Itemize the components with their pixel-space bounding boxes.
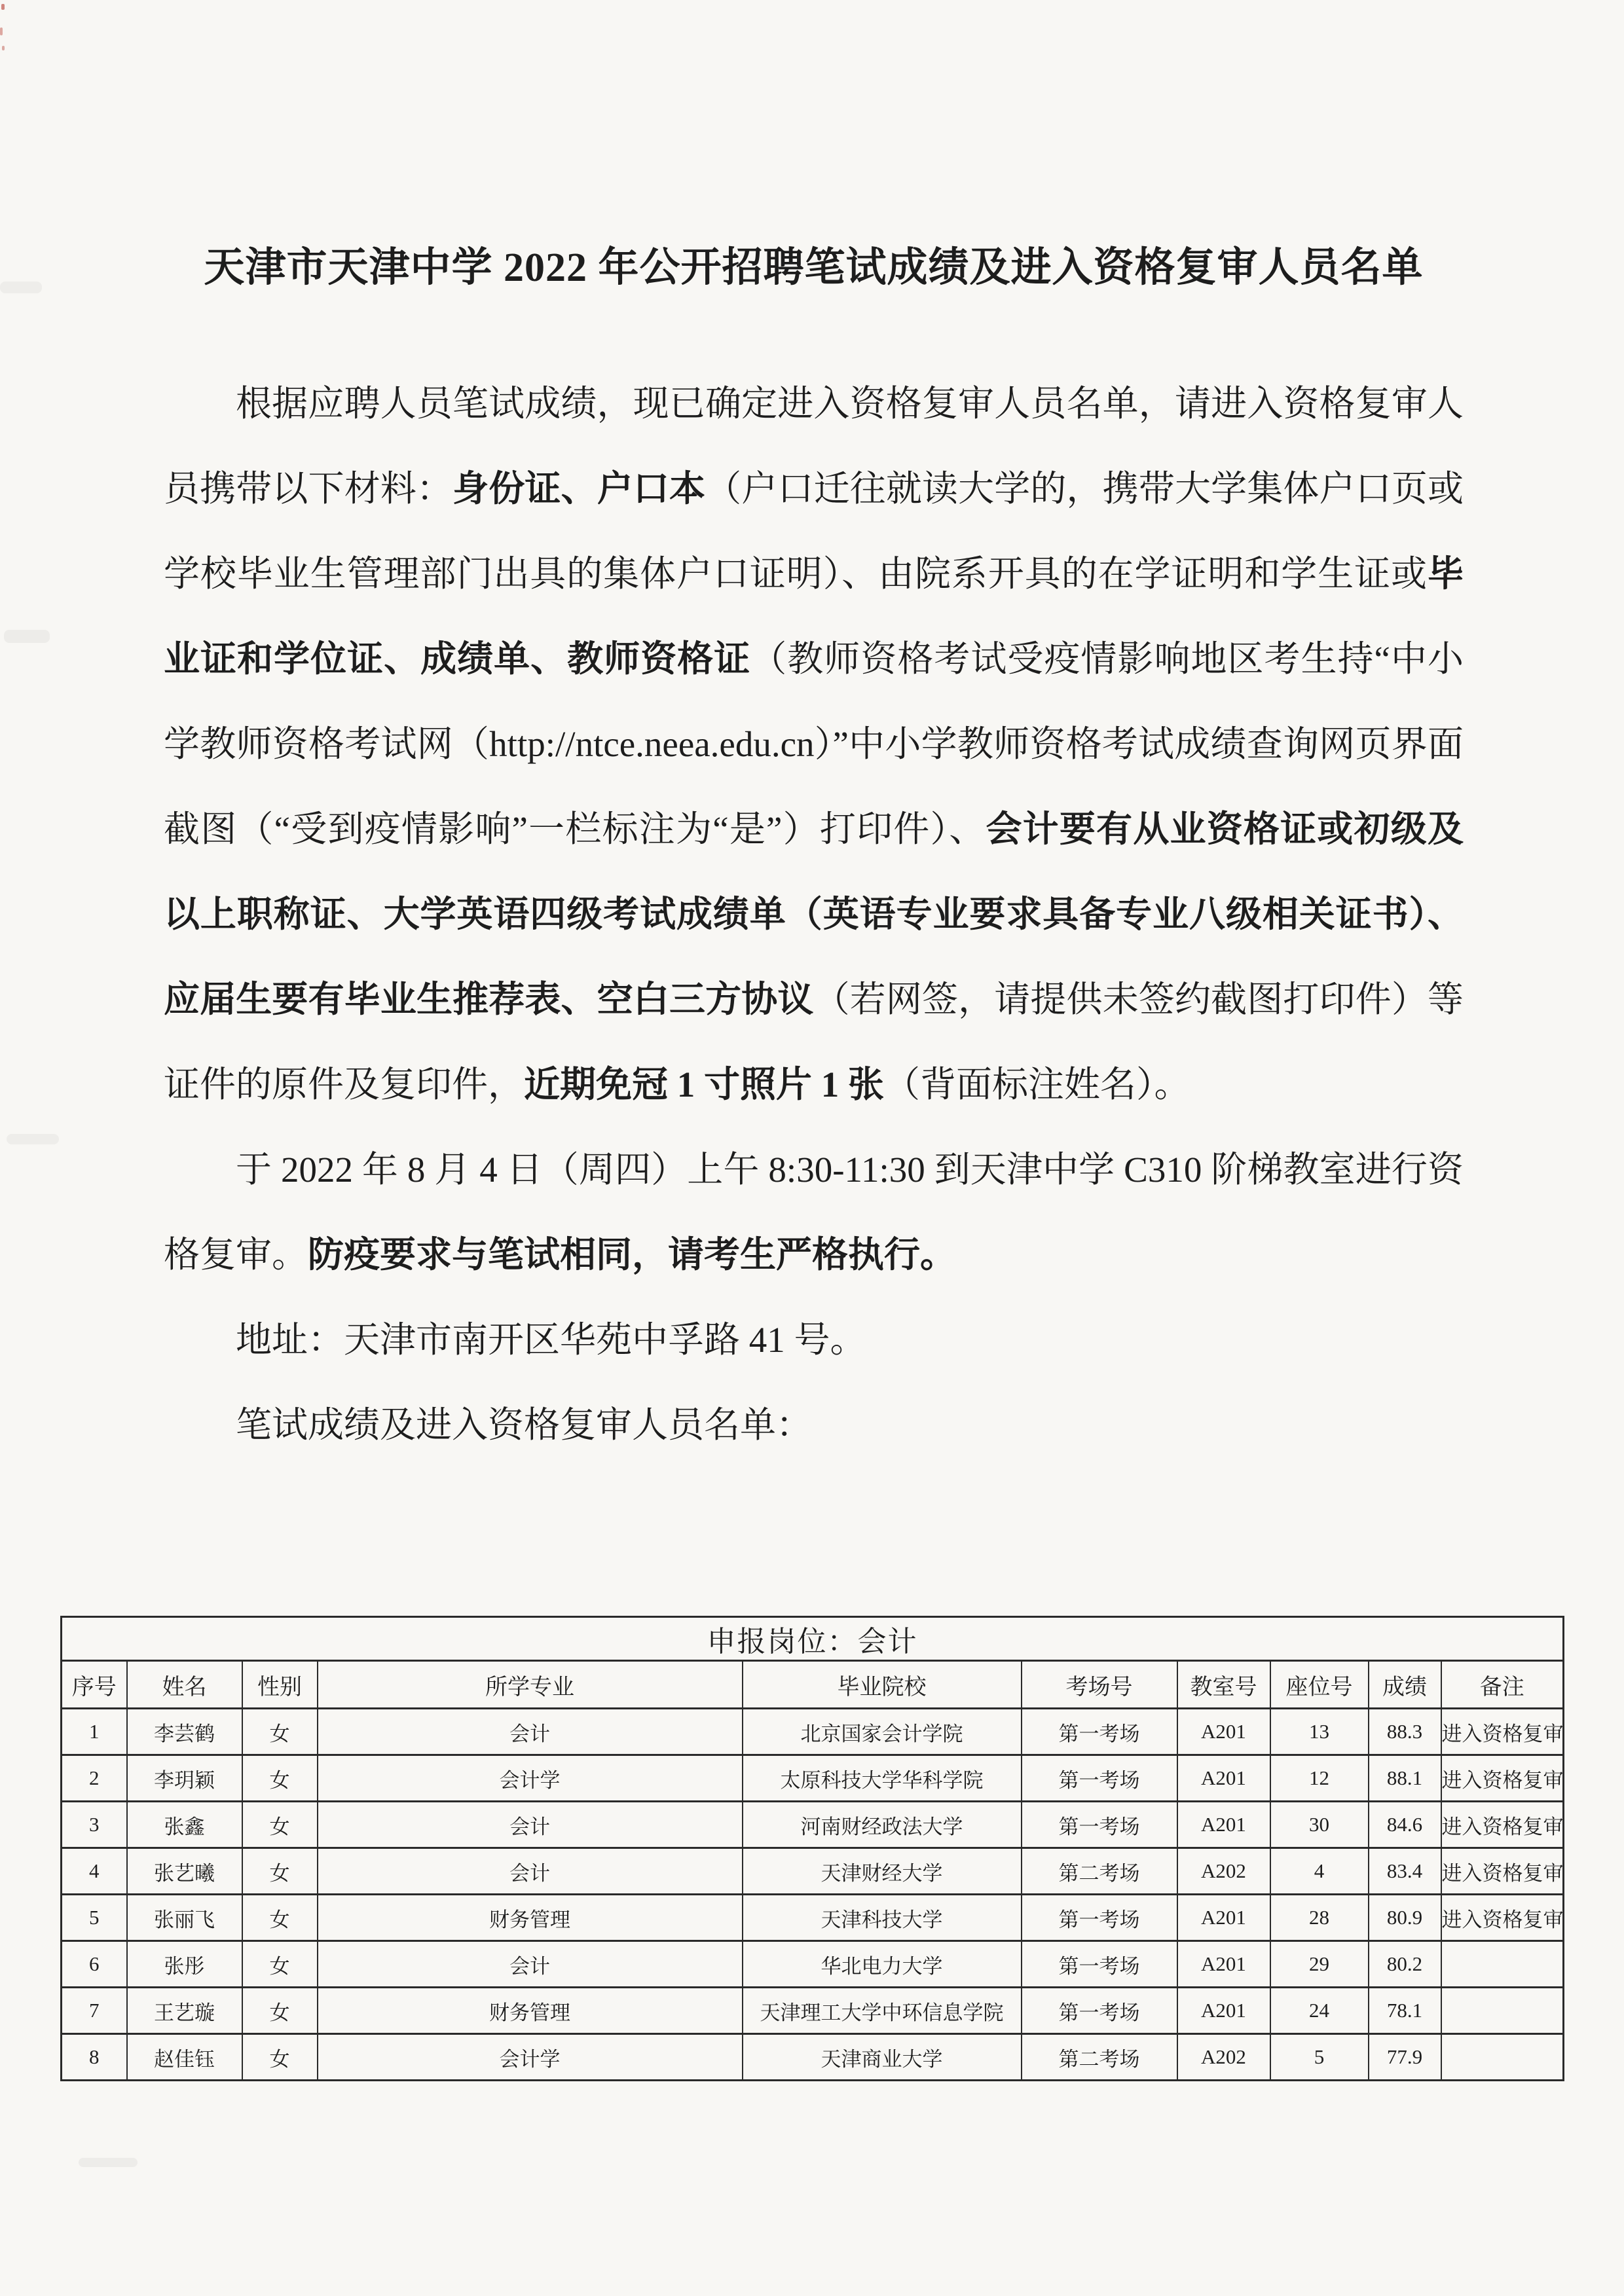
score-table: 申报岗位：会计 序号姓名性别所学专业毕业院校考场号教室号座位号成绩备注 1李芸鹤… — [60, 1616, 1564, 2081]
cell-exam-room: 第一考场 — [1022, 1941, 1177, 1988]
cell-gender: 女 — [242, 1988, 318, 2034]
cell-major: 财务管理 — [318, 1988, 743, 2034]
column-header-classroom: 教室号 — [1177, 1661, 1270, 1709]
paragraph-address: 地址：天津市南开区华苑中孚路 41 号。 — [164, 1298, 1464, 1383]
cell-seat: 30 — [1270, 1802, 1369, 1848]
paragraph-materials-required: 根据应聘人员笔试成绩，现已确定进入资格复审人员名单，请进入资格复审人员携带以下材… — [164, 361, 1464, 1127]
cell-major: 财务管理 — [318, 1895, 743, 1941]
cell-score: 78.1 — [1369, 1988, 1441, 2034]
cell-seat: 12 — [1270, 1755, 1369, 1802]
cell-gender: 女 — [242, 1802, 318, 1848]
cell-score: 83.4 — [1369, 1848, 1441, 1895]
table-row: 6张彤女会计华北电力大学第一考场A2012980.2 — [62, 1941, 1564, 1988]
cell-name: 王艺璇 — [127, 1988, 242, 2034]
cell-seat: 4 — [1270, 1848, 1369, 1895]
cell-score: 88.3 — [1369, 1709, 1441, 1755]
cell-classroom: A201 — [1177, 1802, 1270, 1848]
scan-artifact — [1, 4, 5, 10]
cell-major: 会计学 — [318, 1755, 743, 1802]
column-header-remark: 备注 — [1441, 1661, 1564, 1709]
cell-seat: 24 — [1270, 1988, 1369, 2034]
cell-remark — [1441, 2034, 1564, 2081]
cell-index: 4 — [62, 1848, 127, 1895]
cell-major: 会计 — [318, 1848, 743, 1895]
cell-gender: 女 — [242, 1941, 318, 1988]
cell-exam-room: 第一考场 — [1022, 1988, 1177, 2034]
cell-gender: 女 — [242, 2034, 318, 2081]
cell-classroom: A201 — [1177, 1755, 1270, 1802]
cell-remark: 进入资格复审 — [1441, 1895, 1564, 1941]
emphasis-text: 身份证、户口本 — [452, 469, 705, 509]
cell-school: 天津理工大学中环信息学院 — [743, 1988, 1022, 2034]
cell-exam-room: 第一考场 — [1022, 1802, 1177, 1848]
cell-remark — [1441, 1988, 1564, 2034]
cell-exam-room: 第二考场 — [1022, 2034, 1177, 2081]
emphasis-text: 防疫要求与笔试相同，请考生严格执行。 — [308, 1235, 956, 1275]
cell-index: 6 — [62, 1941, 127, 1988]
cell-exam-room: 第一考场 — [1022, 1709, 1177, 1755]
cell-school: 太原科技大学华科学院 — [743, 1755, 1022, 1802]
cell-classroom: A201 — [1177, 1941, 1270, 1988]
scan-artifact — [79, 2158, 138, 2167]
cell-classroom: A201 — [1177, 1895, 1270, 1941]
cell-school: 天津财经大学 — [743, 1848, 1022, 1895]
cell-gender: 女 — [242, 1848, 318, 1895]
score-table-container: 申报岗位：会计 序号姓名性别所学专业毕业院校考场号教室号座位号成绩备注 1李芸鹤… — [60, 1616, 1562, 2081]
cell-exam-room: 第一考场 — [1022, 1895, 1177, 1941]
cell-name: 张鑫 — [127, 1802, 242, 1848]
table-row: 1李芸鹤女会计北京国家会计学院第一考场A2011388.3进入资格复审 — [62, 1709, 1564, 1755]
cell-index: 2 — [62, 1755, 127, 1802]
cell-score: 80.9 — [1369, 1895, 1441, 1941]
cell-gender: 女 — [242, 1709, 318, 1755]
cell-gender: 女 — [242, 1755, 318, 1802]
cell-seat: 28 — [1270, 1895, 1369, 1941]
table-row: 7王艺璇女财务管理天津理工大学中环信息学院第一考场A2012478.1 — [62, 1988, 1564, 2034]
scan-artifact — [0, 282, 42, 293]
cell-score: 88.1 — [1369, 1755, 1441, 1802]
cell-classroom: A202 — [1177, 2034, 1270, 2081]
cell-name: 李玥颖 — [127, 1755, 242, 1802]
column-header-major: 所学专业 — [318, 1661, 743, 1709]
paragraph-review-time-location: 于 2022 年 8 月 4 日（周四）上午 8:30-11:30 到天津中学 … — [164, 1127, 1464, 1298]
table-row: 2李玥颖女会计学太原科技大学华科学院第一考场A2011288.1进入资格复审 — [62, 1755, 1564, 1802]
scan-artifact — [4, 630, 50, 643]
scan-artifact — [2, 46, 5, 50]
cell-name: 张彤 — [127, 1941, 242, 1988]
cell-name: 张丽飞 — [127, 1895, 242, 1941]
scan-artifact — [7, 1134, 59, 1144]
column-header-school: 毕业院校 — [743, 1661, 1022, 1709]
cell-exam-room: 第一考场 — [1022, 1755, 1177, 1802]
table-caption: 申报岗位：会计 — [62, 1617, 1564, 1661]
cell-name: 张艺曦 — [127, 1848, 242, 1895]
cell-remark: 进入资格复审 — [1441, 1709, 1564, 1755]
cell-score: 77.9 — [1369, 2034, 1441, 2081]
scan-artifact — [0, 27, 3, 35]
cell-gender: 女 — [242, 1895, 318, 1941]
table-body: 1李芸鹤女会计北京国家会计学院第一考场A2011388.3进入资格复审2李玥颖女… — [62, 1709, 1564, 2081]
cell-score: 80.2 — [1369, 1941, 1441, 1988]
cell-seat: 29 — [1270, 1941, 1369, 1988]
table-row: 8赵佳钰女会计学天津商业大学第二考场A202577.9 — [62, 2034, 1564, 2081]
cell-index: 1 — [62, 1709, 127, 1755]
cell-exam-room: 第二考场 — [1022, 1848, 1177, 1895]
cell-school: 河南财经政法大学 — [743, 1802, 1022, 1848]
column-header-exam-room: 考场号 — [1022, 1661, 1177, 1709]
table-header-row: 序号姓名性别所学专业毕业院校考场号教室号座位号成绩备注 — [62, 1661, 1564, 1709]
cell-school: 天津商业大学 — [743, 2034, 1022, 2081]
cell-classroom: A201 — [1177, 1709, 1270, 1755]
table-row: 5张丽飞女财务管理天津科技大学第一考场A2012880.9进入资格复审 — [62, 1895, 1564, 1941]
cell-seat: 5 — [1270, 2034, 1369, 2081]
cell-school: 华北电力大学 — [743, 1941, 1022, 1988]
cell-name: 李芸鹤 — [127, 1709, 242, 1755]
body-text: （背面标注姓名）。 — [884, 1065, 1190, 1104]
column-header-index: 序号 — [62, 1661, 127, 1709]
table-row: 3张鑫女会计河南财经政法大学第一考场A2013084.6进入资格复审 — [62, 1802, 1564, 1848]
scanned-document-page: 天津市天津中学 2022 年公开招聘笔试成绩及进入资格复审人员名单 根据应聘人员… — [0, 0, 1624, 2296]
cell-index: 8 — [62, 2034, 127, 2081]
column-header-gender: 性别 — [242, 1661, 318, 1709]
cell-seat: 13 — [1270, 1709, 1369, 1755]
cell-remark — [1441, 1941, 1564, 1988]
column-header-score: 成绩 — [1369, 1661, 1441, 1709]
cell-name: 赵佳钰 — [127, 2034, 242, 2081]
paragraph-list-intro: 笔试成绩及进入资格复审人员名单： — [164, 1383, 1464, 1468]
table-caption-row: 申报岗位：会计 — [62, 1617, 1564, 1661]
cell-major: 会计学 — [318, 2034, 743, 2081]
cell-school: 天津科技大学 — [743, 1895, 1022, 1941]
cell-remark: 进入资格复审 — [1441, 1848, 1564, 1895]
cell-index: 3 — [62, 1802, 127, 1848]
cell-score: 84.6 — [1369, 1802, 1441, 1848]
column-header-name: 姓名 — [127, 1661, 242, 1709]
cell-major: 会计 — [318, 1802, 743, 1848]
cell-remark: 进入资格复审 — [1441, 1755, 1564, 1802]
cell-major: 会计 — [318, 1941, 743, 1988]
cell-index: 5 — [62, 1895, 127, 1941]
cell-major: 会计 — [318, 1709, 743, 1755]
emphasis-text: 近期免冠 1 寸照片 1 张 — [524, 1065, 884, 1104]
cell-classroom: A201 — [1177, 1988, 1270, 2034]
document-body: 天津市天津中学 2022 年公开招聘笔试成绩及进入资格复审人员名单 根据应聘人员… — [164, 247, 1464, 1468]
document-title: 天津市天津中学 2022 年公开招聘笔试成绩及进入资格复审人员名单 — [164, 247, 1464, 288]
column-header-seat: 座位号 — [1270, 1661, 1369, 1709]
table-row: 4张艺曦女会计天津财经大学第二考场A202483.4进入资格复审 — [62, 1848, 1564, 1895]
cell-classroom: A202 — [1177, 1848, 1270, 1895]
cell-remark: 进入资格复审 — [1441, 1802, 1564, 1848]
cell-index: 7 — [62, 1988, 127, 2034]
cell-school: 北京国家会计学院 — [743, 1709, 1022, 1755]
